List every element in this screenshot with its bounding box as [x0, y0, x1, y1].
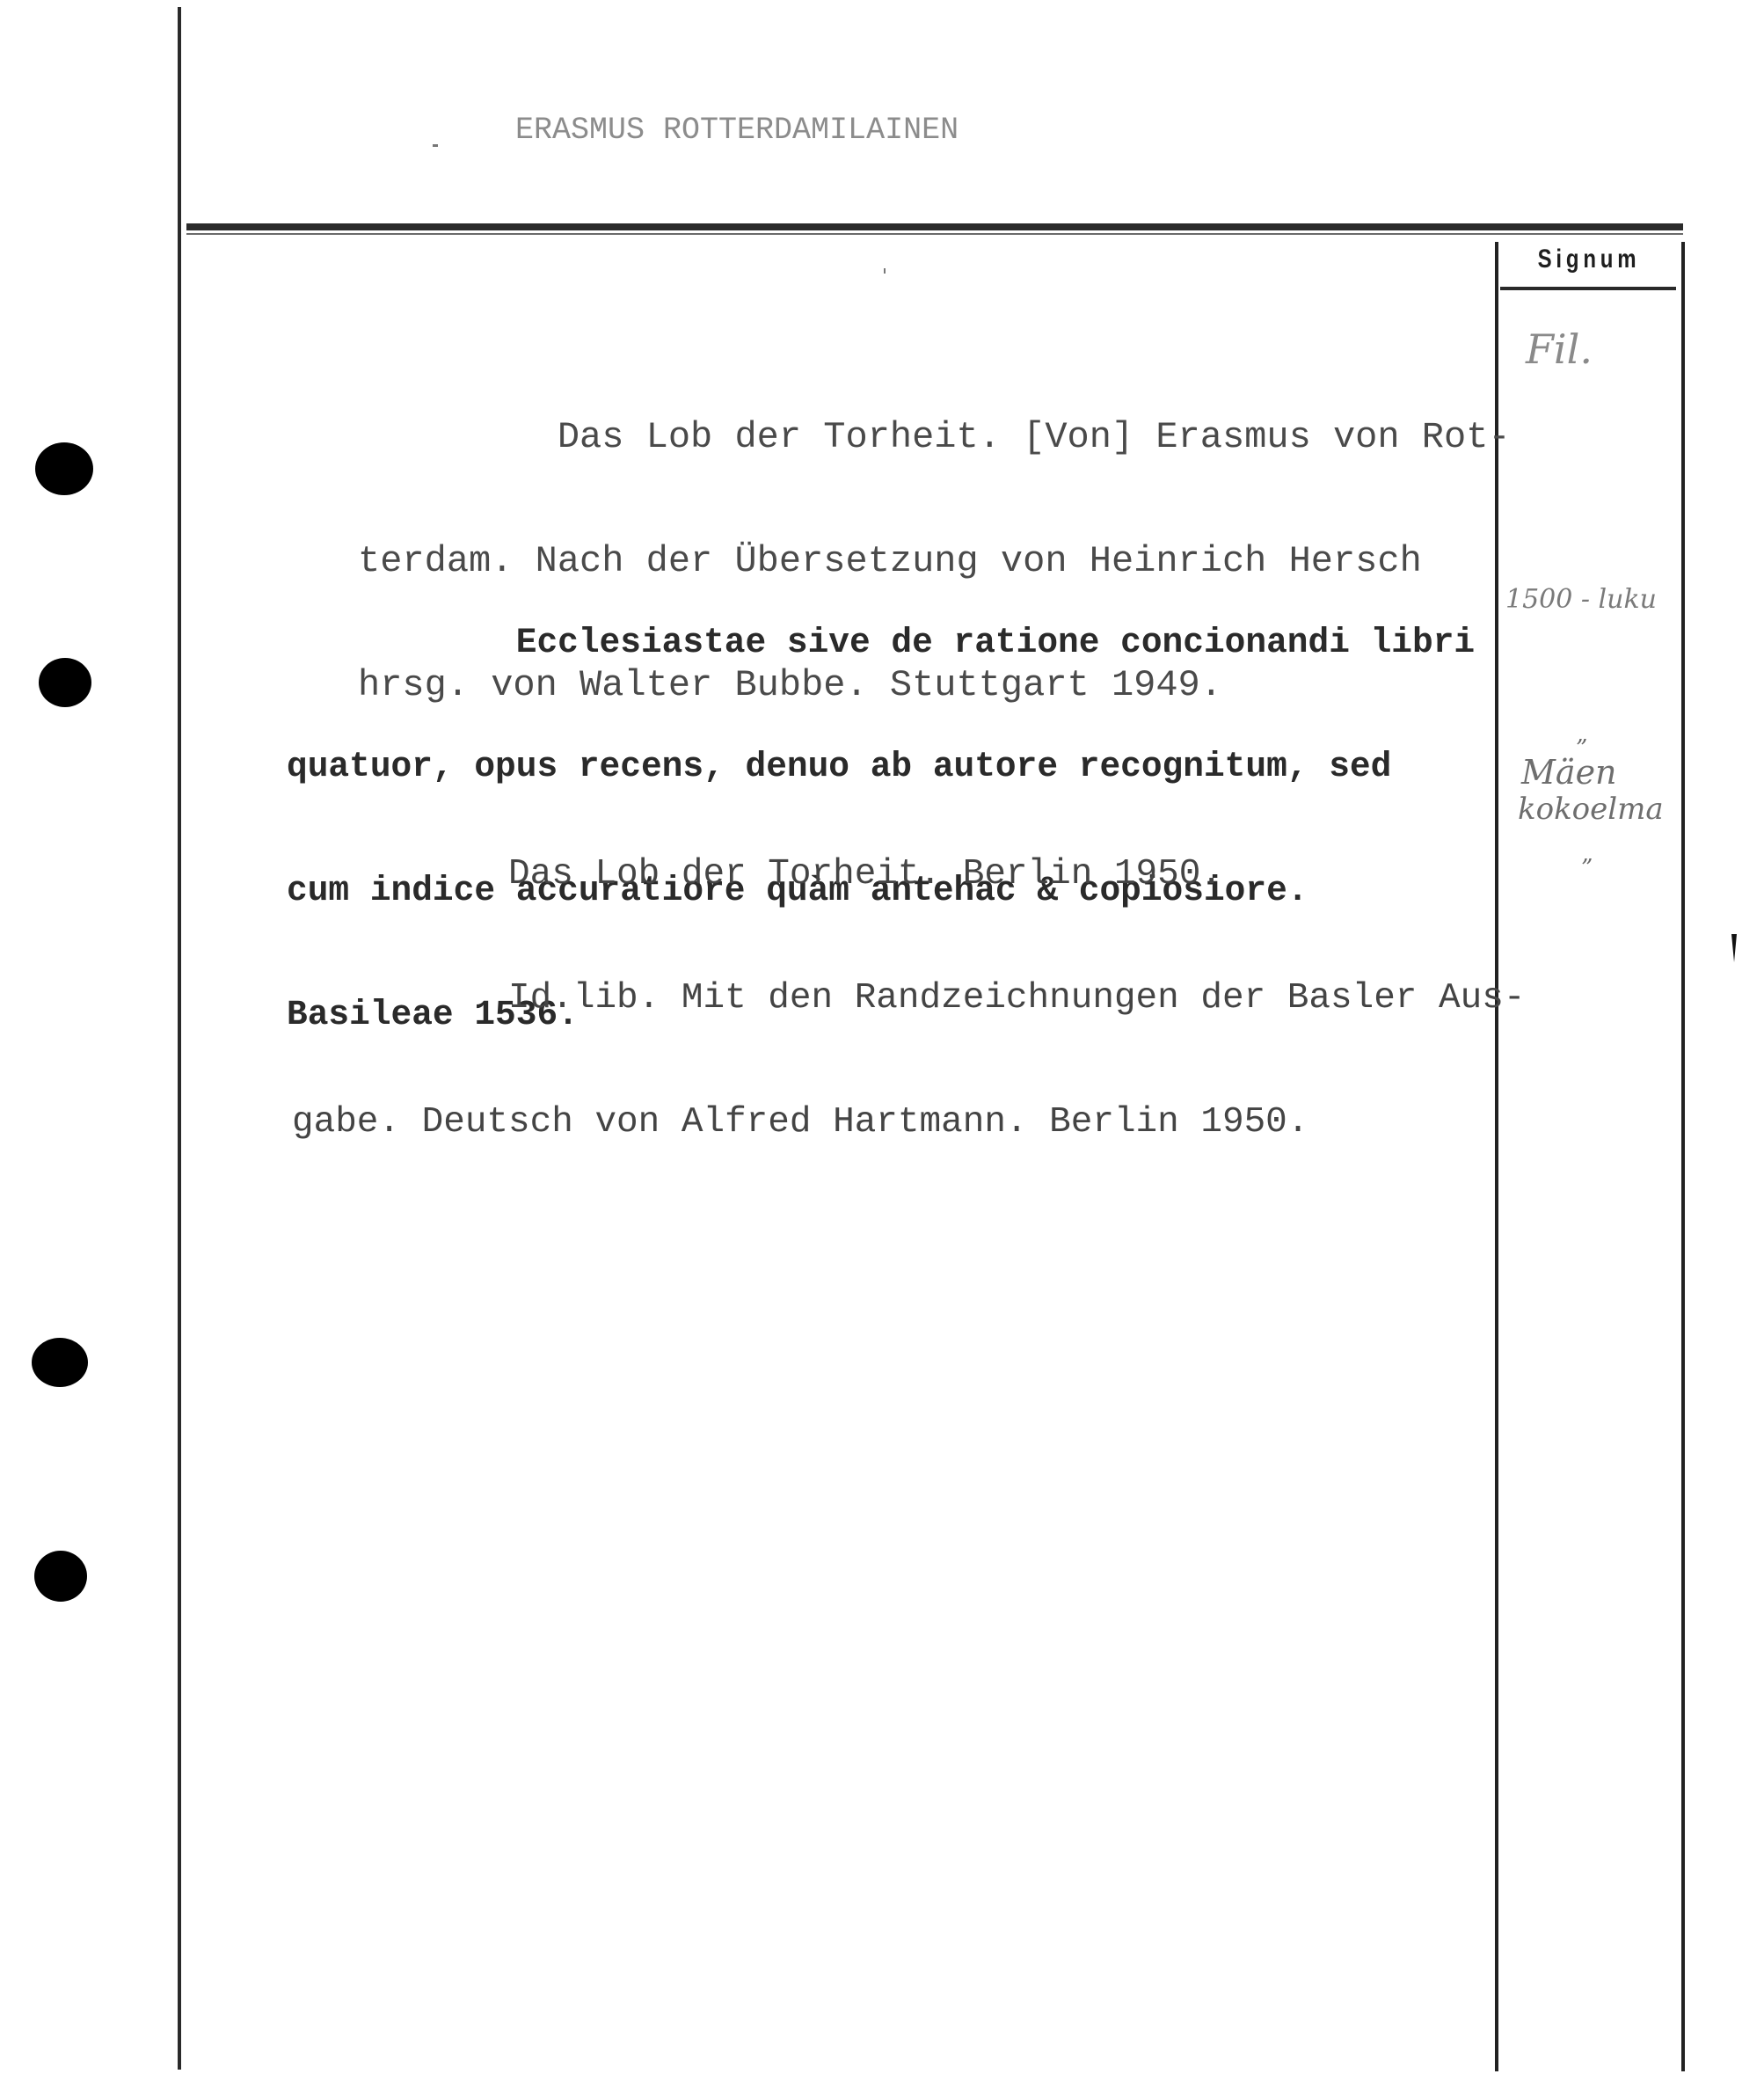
signum-note-century: 1500 - luku — [1505, 584, 1657, 615]
card-heading: ERASMUS ROTTERDAMILAINEN — [515, 113, 959, 148]
signum-note-fil: Fil. — [1526, 325, 1593, 373]
header-rule-thin — [186, 233, 1683, 235]
left-margin-line — [178, 7, 181, 2070]
signum-header: Signum — [1517, 245, 1662, 274]
stray-mark — [884, 268, 886, 274]
punch-hole — [39, 658, 91, 707]
entry-line: Das Lob der Torheit. Berlin 1950. — [292, 854, 1525, 895]
signum-note-collection: kokoelma — [1518, 792, 1664, 827]
entry-line: Id.lib. Mit den Randzeichnungen der Basl… — [292, 978, 1525, 1019]
signum-header-underline — [1500, 287, 1676, 290]
entry-line: Ecclesiastae sive de ratione concionandi… — [287, 622, 1475, 663]
stray-mark — [433, 144, 438, 147]
punch-hole — [34, 1551, 87, 1602]
punch-hole — [35, 442, 93, 495]
stray-mark — [1731, 934, 1737, 962]
entry-line: gabe. Deutsch von Alfred Hartmann. Berli… — [292, 1102, 1525, 1143]
entry-line: Das Lob der Torheit. [Von] Erasmus von R… — [358, 417, 1511, 458]
signum-note-collection: Mäen — [1521, 753, 1617, 792]
punch-hole — [32, 1338, 88, 1387]
catalog-entry-3: Das Lob der Torheit. Berlin 1950. Id.lib… — [292, 771, 1525, 1185]
header-rule-thick — [186, 223, 1683, 230]
signum-ditto-mark: ” — [1581, 855, 1593, 881]
